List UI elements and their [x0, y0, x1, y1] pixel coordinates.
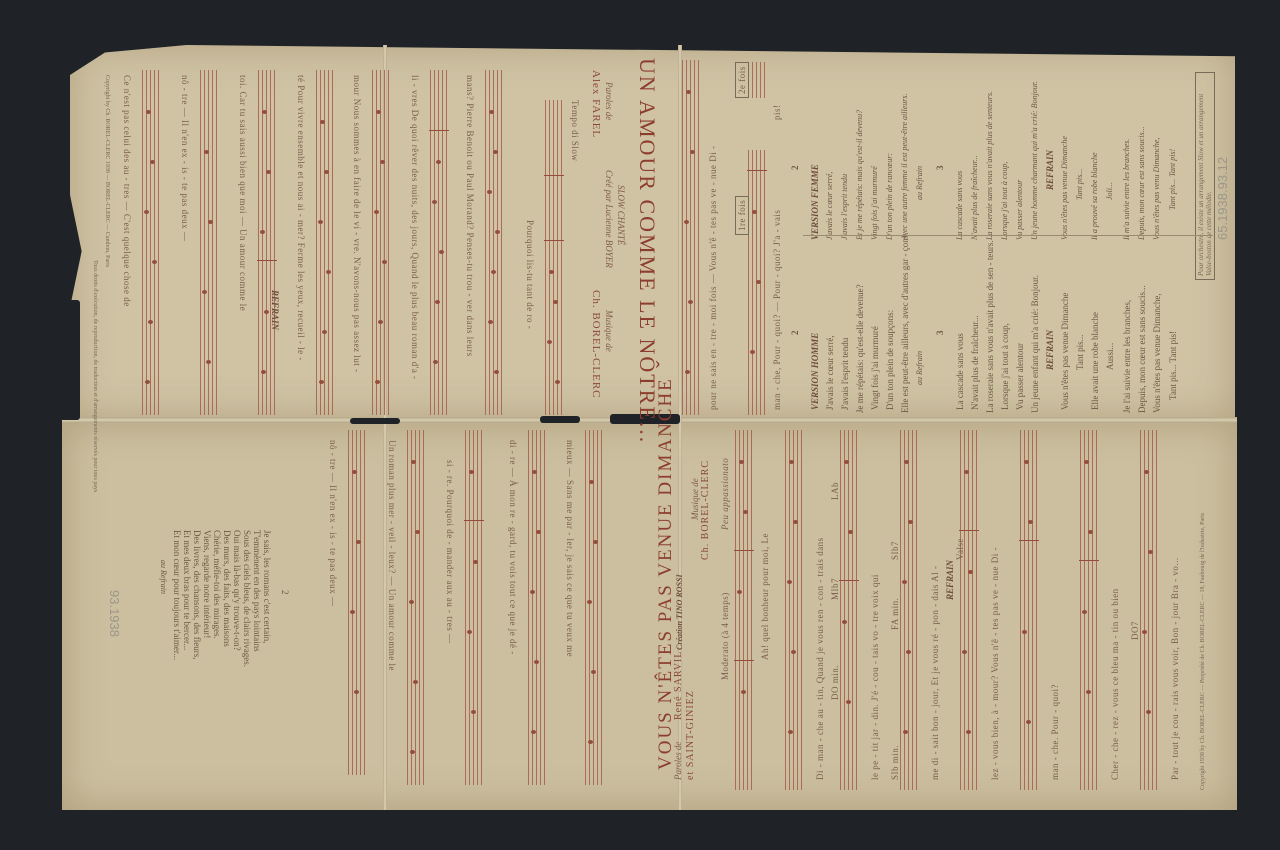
- verse-line: Vu passer alentour: [1015, 343, 1025, 410]
- music-staff: [200, 70, 218, 415]
- verse-line: Lorsque j'ai tout à coup,: [1000, 162, 1009, 240]
- verse-line: La roseraie sans vous n'avait plus de se…: [985, 91, 994, 240]
- pencil-catalog-mark: 65.1938.93.12: [1215, 157, 1230, 240]
- verse-line: J'avais l'esprit tendu: [840, 338, 850, 410]
- verse-line: D'un ton plein de soupçons:: [885, 310, 895, 410]
- song1-composer: Ch. BOREL-CLERC: [590, 290, 602, 399]
- refrain-line: Vous n'êtes pas venu Dimanche,: [1152, 138, 1161, 240]
- volta-second: 2e fois: [735, 62, 749, 98]
- chord-symbol: SIb min.: [890, 745, 900, 780]
- verse-line: Un jeune enfant qui m'a crié: Bonjour.: [1030, 275, 1040, 413]
- verse-line: J'avais le cœur serré,: [825, 335, 835, 410]
- verse-line: Elle est peut-être ailleurs, avec d'autr…: [900, 232, 910, 413]
- chord-symbol: SIb7: [890, 541, 900, 560]
- volta-first: 1re fois: [735, 196, 749, 235]
- verse-line: N'avait plus de fraîcheur...: [970, 155, 979, 240]
- song2-lyricist: et SAINT-GINIEZ: [685, 690, 696, 780]
- lyric-line: toi. Car tu sais aussi bien que moi — Un…: [238, 75, 248, 311]
- verse-line: N'avait plus de fraîcheur...: [970, 315, 980, 410]
- music-staff: [1020, 430, 1038, 790]
- verse-number: 2: [280, 590, 290, 595]
- refrain-line: Je l'ai suivie entre les branches,: [1122, 300, 1132, 413]
- lyric-line: lez - vous bien, à - mour? Vous n'ê - te…: [990, 547, 1000, 780]
- verse-line: Je me répétais: qu'est-elle devenue?: [855, 284, 865, 413]
- chord-symbol: MIb7: [830, 578, 840, 600]
- verse-line: Et mon cœur pour toujours t'aimer...: [172, 530, 182, 660]
- refrain-heading: REFRAIN: [1045, 330, 1055, 370]
- music-staff: [142, 70, 160, 415]
- lyric-line: Ah! quel bonheur pour moi, Le: [760, 533, 770, 660]
- refrain-label: REFRAIN: [270, 290, 280, 330]
- paper-tear: [350, 418, 400, 424]
- song2-expression: Peu appassionato: [720, 458, 730, 530]
- lyric-line: si - re. Pourquoi de - mander aux au - t…: [445, 460, 455, 643]
- lyric-line: Pourquoi lis-tu tant de ro -: [525, 220, 535, 329]
- lyric-line: man - che. Pour - quoi?: [1050, 684, 1060, 780]
- verse-line: Vingt fois j'ai murmuré: [870, 326, 880, 410]
- verse-line: Oui mais là-bas qu'y trouve-t-on?: [232, 530, 242, 651]
- verse-number: 3: [935, 331, 945, 336]
- music-staff: [545, 100, 563, 415]
- refrain-cue: au Refrain: [915, 351, 924, 385]
- lyric-line: li - vres De quoi rêver des nuits, des j…: [410, 75, 420, 380]
- lyric-line: pis!: [772, 105, 782, 121]
- chord-symbol: DO min.: [830, 665, 840, 700]
- paper-tear: [540, 416, 580, 423]
- verse-line: Et je me répétais: mais qu'est-il devenu…: [855, 110, 864, 240]
- song2-copyright: Copyright 1938 by Ch. BOREL-CLERC — Prop…: [1200, 513, 1206, 790]
- refrain-line: Depuis, mon cœur est sans soucis...: [1137, 285, 1147, 413]
- song2-creation: Création TINO ROSSI: [675, 574, 684, 650]
- orchestra-note: Pour orchestre, il existe un arrangement…: [1195, 72, 1215, 280]
- version-homme-label: VERSION HOMME: [810, 333, 820, 410]
- lyric-line: mour Nous sommes à en faire de le vi - v…: [352, 75, 362, 373]
- music-staff: [585, 430, 603, 785]
- refrain-line: Vous n'êtes pas venue Dimanche: [1060, 136, 1069, 240]
- refrain-line: Tant pis... Tant pis!: [1168, 149, 1177, 210]
- lyric-line: nô - tre — Il n'en ex - is - te pas deux…: [180, 75, 190, 241]
- chord-symbol: DO7: [1130, 621, 1140, 640]
- music-staff: [430, 70, 448, 415]
- song2-composer: Ch. BOREL-CLERC: [700, 460, 711, 560]
- verse-number: 3: [935, 166, 945, 171]
- music-staff: [1140, 430, 1158, 790]
- refrain-cue: au Refrain: [159, 560, 168, 594]
- song2-tempo: Moderato (à 4 temps): [720, 592, 730, 680]
- music-staff: [528, 430, 546, 785]
- verse-number: 2: [790, 331, 800, 336]
- refrain-label: REFRAIN: [945, 560, 955, 600]
- refrain-line: Joli...: [1105, 182, 1114, 200]
- refrain-line: Aussi...: [1105, 343, 1115, 370]
- refrain-cue: au Refrain: [915, 166, 924, 200]
- music-staff: [372, 70, 390, 415]
- verse-line: Sous des ciels bleus, de clairs rivages.: [242, 530, 252, 667]
- verse-number: 2: [790, 166, 800, 171]
- refrain-line: Tant pis...: [1075, 335, 1085, 370]
- music-staff: [258, 70, 276, 415]
- music-staff: [348, 430, 366, 775]
- lyric-line: mieux — Sans me par - ler, je sais ce qu…: [565, 440, 575, 657]
- tempo-change: Valse: [955, 538, 965, 560]
- lyric-line: Un roman plus mer - veil - leux? — Un am…: [387, 440, 397, 671]
- verse-line: J'avais l'esprit tendu: [840, 174, 849, 240]
- refrain-line: Tant pis... Tant pis!: [1168, 331, 1178, 400]
- verse-line: Vu passer alentour: [1015, 180, 1024, 240]
- verse-line: La cascade sans vous: [955, 171, 964, 240]
- verse-line: Chérie, méfie-toi des mirages.: [212, 530, 222, 639]
- refrain-line: Vous n'êtes pas venue Dimanche: [1060, 293, 1070, 410]
- paper-tear: [60, 300, 80, 420]
- refrain-line: Vous n'êtes pas venue Dimanche,: [1152, 293, 1162, 413]
- music-staff: [316, 70, 334, 415]
- lyric-line: Cher - che - rez - vous ce bleu ma - tin…: [1110, 588, 1120, 780]
- pencil-catalog-mark: 93.1938: [107, 590, 122, 637]
- music-staff: [748, 150, 766, 415]
- verse-line: Je sais, les romans c'est certain,: [262, 530, 272, 643]
- refrain-line: Tant pis...: [1075, 169, 1084, 200]
- music-staff: [1080, 430, 1098, 790]
- music-staff: [407, 430, 425, 785]
- song1-lyricist: Alex FAREL: [590, 70, 602, 138]
- lyric-line: pour ne sais en - tre - moi fois — Vous …: [708, 146, 718, 411]
- verse-line: Des livres, des chansons, des fleurs,: [192, 530, 202, 659]
- lyric-line: té Pour vivre ensemble et nous ai - mer?…: [296, 75, 306, 361]
- verse-line: D'un ton plein de rancœur:: [885, 153, 894, 240]
- refrain-line: Il m'a suivie entre les branches.: [1122, 139, 1131, 240]
- song1-music-label: Musique de: [604, 310, 614, 352]
- verse-line: Viens, regarde notre intérieur!: [202, 530, 212, 638]
- lyric-line: di - re — À mon re - gard, tu vois tout …: [508, 440, 518, 655]
- chord-symbol: LAb: [830, 482, 840, 500]
- song1-copyright: Copyright by Ch. BOREL-CLERC 1938 — BORE…: [104, 75, 110, 275]
- lyric-line: mans? Pierre Benoit ou Paul Morand? Pens…: [465, 75, 475, 357]
- verse-line: J'avais le cœur serré,: [825, 172, 834, 240]
- music-staff: [485, 70, 503, 415]
- music-staff: [465, 430, 483, 785]
- verse-line: Lorsque j'ai tout à coup,: [1000, 323, 1010, 410]
- lyric-line: Par - tout je cou - rais vous voir, Bon …: [1170, 557, 1180, 780]
- lyric-line: Ce n'est pas celui des au - tres — C'est…: [122, 75, 132, 307]
- verse-line: Et mes deux bras pour te bercer...: [182, 530, 192, 650]
- music-staff: [900, 430, 918, 790]
- song1-created-by: Créé par Lucienne BOYER: [604, 170, 614, 268]
- verse-line: Des murs, des faits, des maisons: [222, 530, 232, 647]
- music-staff: [840, 430, 858, 790]
- lyric-line: le pe - tit jar - din. J'é - cou - tais …: [870, 574, 880, 780]
- verse-line: Avec une autre femme il est peut-être ai…: [900, 94, 909, 240]
- lyric-line: me di - sait bon - jour, Et je vous ré -…: [930, 566, 940, 780]
- music-staff: [682, 60, 700, 415]
- music-staff: [735, 430, 753, 790]
- refrain-line: Elle avait une robe blanche: [1090, 312, 1100, 410]
- song2-music-label: Musique de: [690, 478, 700, 520]
- verse-line: La roseraie sans vous n'avait plus de se…: [985, 240, 995, 413]
- song2-lyrics-label: Paroles de: [673, 742, 683, 780]
- version-femme-label: VERSION FEMME: [810, 164, 820, 240]
- verse-line: Un jeune homme charmant qui m'a crié: Bo…: [1030, 81, 1039, 240]
- song1-lyrics-label: Paroles de: [604, 82, 614, 120]
- refrain-heading: REFRAIN: [1045, 150, 1055, 190]
- chord-symbol: FA min.: [890, 598, 900, 630]
- song1-rights: Tous droits d'exécution, de reproduction…: [92, 260, 98, 492]
- lyric-line: man - che, Pour - quoi? — Pour - quoi? J…: [772, 210, 782, 410]
- lyric-line: nô - tre — Il n'en ex - is - te pas deux…: [328, 440, 338, 606]
- verse-line: La cascade sans vous: [955, 333, 965, 410]
- song2-lyricist: René SARVIL: [673, 651, 684, 720]
- song1-genre: SLOW CHANTÉ: [616, 185, 626, 245]
- music-staff: [748, 62, 766, 98]
- verse-line: T'emmènent en des pays lointains: [252, 530, 262, 652]
- music-staff: [785, 430, 803, 790]
- refrain-line: Depuis, mon cœur est sans soucis...: [1137, 126, 1146, 240]
- music-staff: [960, 430, 978, 790]
- verse-divider: [803, 235, 1213, 236]
- song1-tempo: Tempo di Slow: [570, 100, 580, 161]
- refrain-line: Il a prouvé sa robe blanche: [1090, 152, 1099, 240]
- verse-line: Vingt fois j'ai murmuré: [870, 166, 879, 240]
- lyric-line: Di - man - che au - tin, Quand je vous r…: [815, 537, 825, 780]
